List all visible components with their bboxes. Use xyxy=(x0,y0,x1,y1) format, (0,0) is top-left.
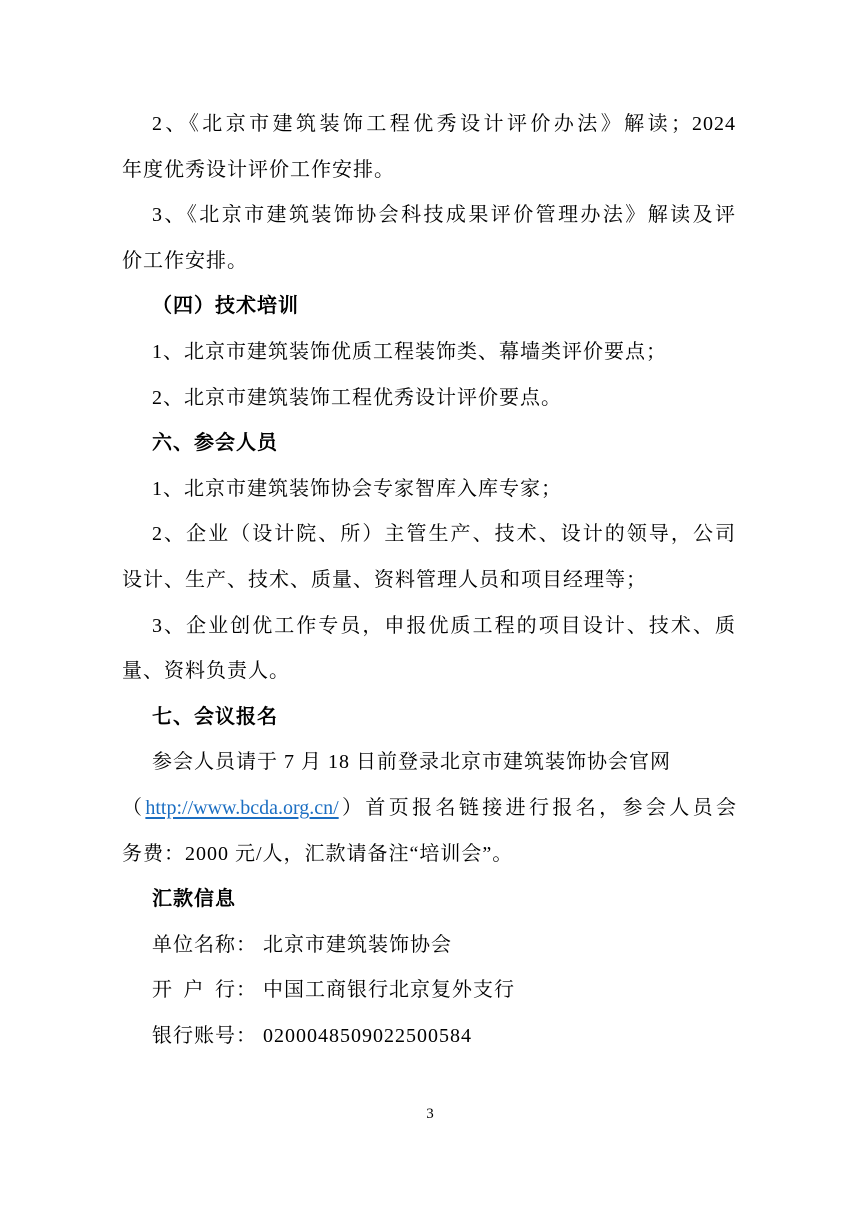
text-line: 开户行： 中国工商银行北京复外支行 xyxy=(122,968,736,1014)
text-line: 参会人员请于 7 月 18 日前登录北京市建筑装饰协会官网 xyxy=(122,740,736,786)
section-heading: （四）技术培训 xyxy=(122,284,736,330)
text-segment: 3、企业创优工作专员，申报优质工程的项目设计、技术、质 xyxy=(152,615,736,637)
text-segment: 单位名称： 北京市建筑装饰协会 xyxy=(152,934,452,956)
text-segment: 年度优秀设计评价工作安排。 xyxy=(122,159,395,181)
text-segment: 2、《北京市建筑装饰工程优秀设计评价办法》解读；2024 xyxy=(152,113,736,135)
text-line: 年度优秀设计评价工作安排。 xyxy=(122,148,736,194)
text-line: 1、北京市建筑装饰优质工程装饰类、幕墙类评价要点； xyxy=(122,330,736,376)
text-segment: 七、会议报名 xyxy=(152,706,278,728)
text-segment: 务费：2000 元/人，汇款请备注“培训会”。 xyxy=(122,843,513,865)
text-segment: 3、《北京市建筑装饰协会科技成果评价管理办法》解读及评 xyxy=(152,204,736,226)
text-segment: （四）技术培训 xyxy=(152,295,299,317)
text-line: 3、企业创优工作专员，申报优质工程的项目设计、技术、质 xyxy=(122,604,736,650)
page-number: 3 xyxy=(0,1106,860,1123)
section-heading: 六、参会人员 xyxy=(122,421,736,467)
text-segment: 量、资料负责人。 xyxy=(122,660,290,682)
text-segment: ）首页报名链接进行报名，参会人员会 xyxy=(339,797,736,819)
text-line: 1、北京市建筑装饰协会专家智库入库专家； xyxy=(122,467,736,513)
text-line: 量、资料负责人。 xyxy=(122,649,736,695)
text-segment: 2、企业（设计院、所）主管生产、技术、设计的领导，公司 xyxy=(152,523,736,545)
text-line: 务费：2000 元/人，汇款请备注“培训会”。 xyxy=(122,832,736,878)
text-line: 价工作安排。 xyxy=(122,239,736,285)
text-segment: （ xyxy=(122,797,145,819)
text-segment: 价工作安排。 xyxy=(122,250,248,272)
text-line: 2、北京市建筑装饰工程优秀设计评价要点。 xyxy=(122,376,736,422)
link-bcda-website[interactable]: http://www.bcda.org.cn/ xyxy=(145,797,338,819)
text-segment: 1、北京市建筑装饰协会专家智库入库专家； xyxy=(152,478,562,500)
bank-field-label: 开户行 xyxy=(152,968,236,1014)
text-segment: 参会人员请于 7 月 18 日前登录北京市建筑装饰协会官网 xyxy=(152,751,671,773)
text-line: 3、《北京市建筑装饰协会科技成果评价管理办法》解读及评 xyxy=(122,193,736,239)
text-line: 设计、生产、技术、质量、资料管理人员和项目经理等； xyxy=(122,558,736,604)
text-segment: 2、北京市建筑装饰工程优秀设计评价要点。 xyxy=(152,387,562,409)
text-line: 2、《北京市建筑装饰工程优秀设计评价办法》解读；2024 xyxy=(122,102,736,148)
document-page: 2、《北京市建筑装饰工程优秀设计评价办法》解读；2024年度优秀设计评价工作安排… xyxy=(0,0,860,1216)
section-heading: 汇款信息 xyxy=(122,877,736,923)
text-segment: 汇款信息 xyxy=(152,888,236,910)
text-segment: 设计、生产、技术、质量、资料管理人员和项目经理等； xyxy=(122,569,647,591)
text-line: （http://www.bcda.org.cn/）首页报名链接进行报名，参会人员… xyxy=(122,786,736,832)
text-segment: 六、参会人员 xyxy=(152,432,278,454)
text-segment: 1、北京市建筑装饰优质工程装饰类、幕墙类评价要点； xyxy=(152,341,667,363)
text-line: 银行账号： 0200048509022500584 xyxy=(122,1014,736,1060)
text-segment: ： 中国工商银行北京复外支行 xyxy=(236,979,515,1001)
document-body: 2、《北京市建筑装饰工程优秀设计评价办法》解读；2024年度优秀设计评价工作安排… xyxy=(122,102,736,1059)
text-line: 单位名称： 北京市建筑装饰协会 xyxy=(122,923,736,969)
section-heading: 七、会议报名 xyxy=(122,695,736,741)
text-line: 2、企业（设计院、所）主管生产、技术、设计的领导，公司 xyxy=(122,512,736,558)
text-segment: 银行账号： 0200048509022500584 xyxy=(152,1025,472,1047)
